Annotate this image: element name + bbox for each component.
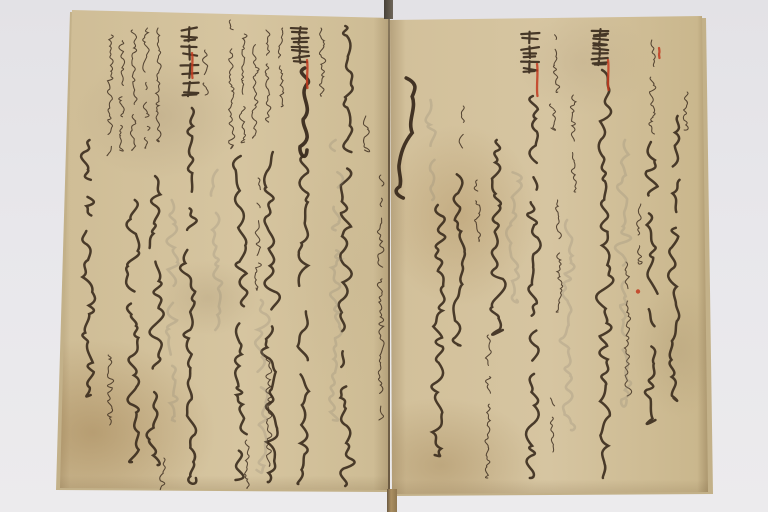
left-page (60, 10, 390, 490)
photo-of-open-manuscript: 古今 百十九段 百廿段 拾遺 清和 日本紀 葉 梅一輪 百廿一段 昔おとこ 百廿… (0, 0, 768, 512)
right-page (390, 14, 710, 494)
spine-tab-top (384, 0, 393, 19)
book-gutter-seam (388, 14, 390, 490)
spine-tab-bottom (387, 489, 397, 512)
